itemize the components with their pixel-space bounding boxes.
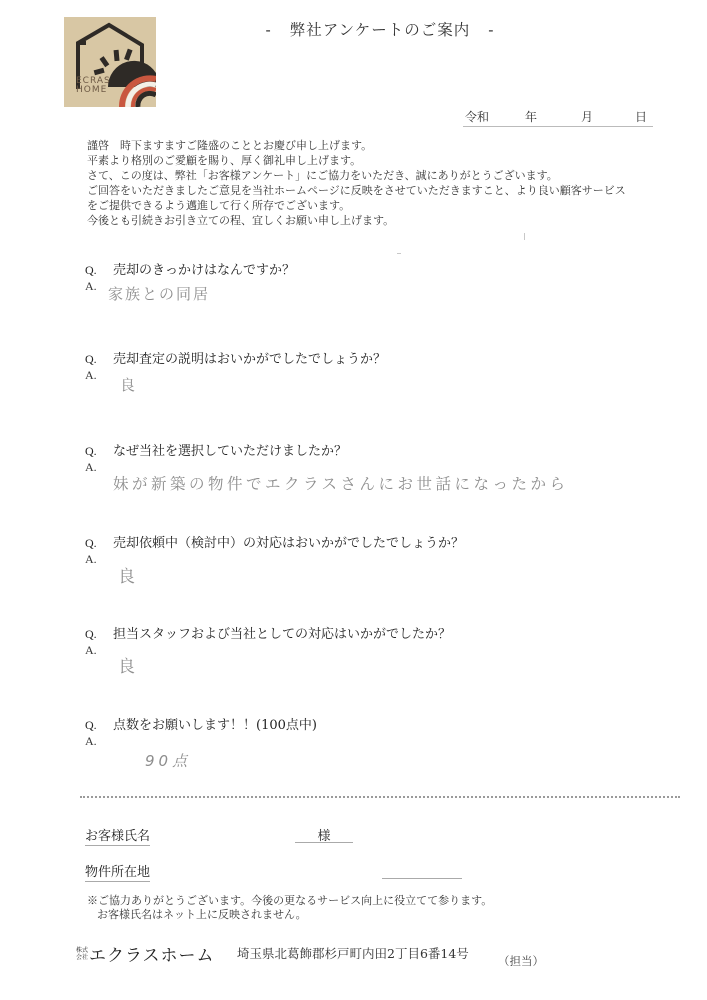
q-label: Q. — [85, 627, 113, 642]
property-address-input[interactable] — [152, 861, 382, 879]
greeting-line: ご回答をいただきましたご意見を当社ホームページに反映をさせていただきますこと、よ… — [87, 183, 687, 198]
company-address: 埼玉県北葛飾郡杉戸町内田2丁目6番14号 — [237, 944, 469, 962]
a-label: A. — [85, 552, 113, 567]
answer-text[interactable]: 良 — [118, 652, 137, 677]
date-month-label: 月 — [581, 108, 593, 125]
answer-text[interactable]: 良 — [118, 562, 137, 587]
customer-name-label: お客様氏名 — [85, 829, 150, 846]
question-block-2: Q.売却査定の説明はおいかがでしたでしょうか？ A. 良 — [85, 348, 645, 383]
greeting-line: さて、この度は、弊社「お客様アンケート」にご協力をいただき、誠にありがとうござい… — [87, 168, 687, 183]
honorific-text: 様 — [317, 829, 330, 844]
title-text: 弊社アンケートのご案内 — [290, 21, 471, 39]
scan-mark — [524, 233, 525, 240]
a-label: A. — [85, 734, 113, 749]
address-underline — [382, 861, 462, 879]
question-block-3: Q.なぜ当社を選択していただけましたか？ A. 妹が新築の物件でエクラスさんにお… — [85, 440, 645, 475]
question-text: 売却依頼中（検討中）の対応はおいかがでしたでしょうか？ — [113, 536, 464, 551]
scan-mark — [397, 253, 401, 254]
answer-text[interactable]: 妹が新築の物件でエクラスさんにお世話になったから — [113, 472, 569, 494]
greeting-text: 謹啓 時下ますますご隆盛のこととお慶び申し上げます。 平素より格別のご愛顧を賜り… — [87, 138, 687, 228]
q-label: Q. — [85, 536, 113, 551]
date-year-label: 年 — [525, 108, 537, 125]
title-dash-left: - — [265, 21, 271, 39]
answer-text[interactable]: 家族との同居 — [108, 283, 210, 304]
question-text: 担当スタッフおよび当社としての対応はいかがでしたか？ — [113, 627, 451, 642]
q-label: Q. — [85, 718, 113, 733]
staff-label: （担当） — [498, 953, 544, 969]
company-name: 株式会社エクラスホーム — [75, 941, 215, 966]
date-era: 令和 — [465, 108, 489, 125]
note-line-1: ※ご協力ありがとうございます。今後の更なるサービス向上に役立てて参ります。 — [87, 894, 492, 908]
date-field[interactable]: 令和 年 月 日 — [463, 108, 653, 127]
customer-name-row: お客様氏名 — [85, 825, 150, 844]
question-block-5: Q.担当スタッフおよび当社としての対応はいかがでしたか？ A. 良 — [85, 623, 645, 658]
a-label: A. — [85, 368, 113, 383]
date-day-label: 日 — [635, 108, 647, 125]
question-block-1: Q.売却のきっかけはなんですか？ A. 家族との同居 — [85, 259, 645, 294]
question-text: なぜ当社を選択していただけましたか？ — [113, 444, 347, 459]
question-block-4: Q.売却依頼中（検討中）の対応はおいかがでしたでしょうか？ A. 良 — [85, 532, 645, 567]
privacy-note: ※ご協力ありがとうございます。今後の更なるサービス向上に役立てて参ります。 お客… — [87, 894, 492, 922]
q-label: Q. — [85, 352, 113, 367]
honorific-sama: 様 — [295, 825, 353, 843]
q-label: Q. — [85, 263, 113, 278]
customer-name-input[interactable] — [152, 825, 292, 843]
title-dash-right: - — [488, 21, 494, 39]
greeting-line: 平素より格別のご愛顧を賜り、厚く御礼申し上げます。 — [87, 153, 687, 168]
question-block-6: Q.点数をお願いします！！(100点中) A. 90点 — [85, 714, 645, 749]
a-label: A. — [85, 643, 113, 658]
company-logo: ECRAS HOME — [64, 17, 156, 107]
greeting-line: 今後とも引続きお引き立ての程、宜しくお願い申し上げます。 — [87, 213, 687, 228]
company-name-text: エクラスホーム — [89, 946, 215, 966]
logo-text-line2: HOME — [76, 86, 111, 95]
property-address-label: 物件所在地 — [85, 865, 150, 882]
property-address-row: 物件所在地 — [85, 861, 150, 880]
answer-text[interactable]: 90点 — [145, 750, 191, 771]
note-line-2: お客様氏名はネット上に反映されません。 — [87, 908, 492, 922]
section-divider — [80, 796, 680, 798]
greeting-line: をご提供できるよう邁進して行く所存でございます。 — [87, 198, 687, 213]
answer-text[interactable]: 良 — [120, 374, 137, 395]
question-text: 点数をお願いします！！(100点中) — [113, 718, 317, 733]
greeting-line: 謹啓 時下ますますご隆盛のこととお慶び申し上げます。 — [87, 138, 687, 153]
q-label: Q. — [85, 444, 113, 459]
question-text: 売却査定の説明はおいかがでしたでしょうか？ — [113, 352, 386, 367]
page-title: -弊社アンケートのご案内- — [230, 18, 530, 40]
a-label: A. — [85, 460, 113, 475]
kabushiki-kaisha-mark: 株式会社 — [75, 947, 89, 961]
question-text: 売却のきっかけはなんですか？ — [113, 263, 295, 278]
